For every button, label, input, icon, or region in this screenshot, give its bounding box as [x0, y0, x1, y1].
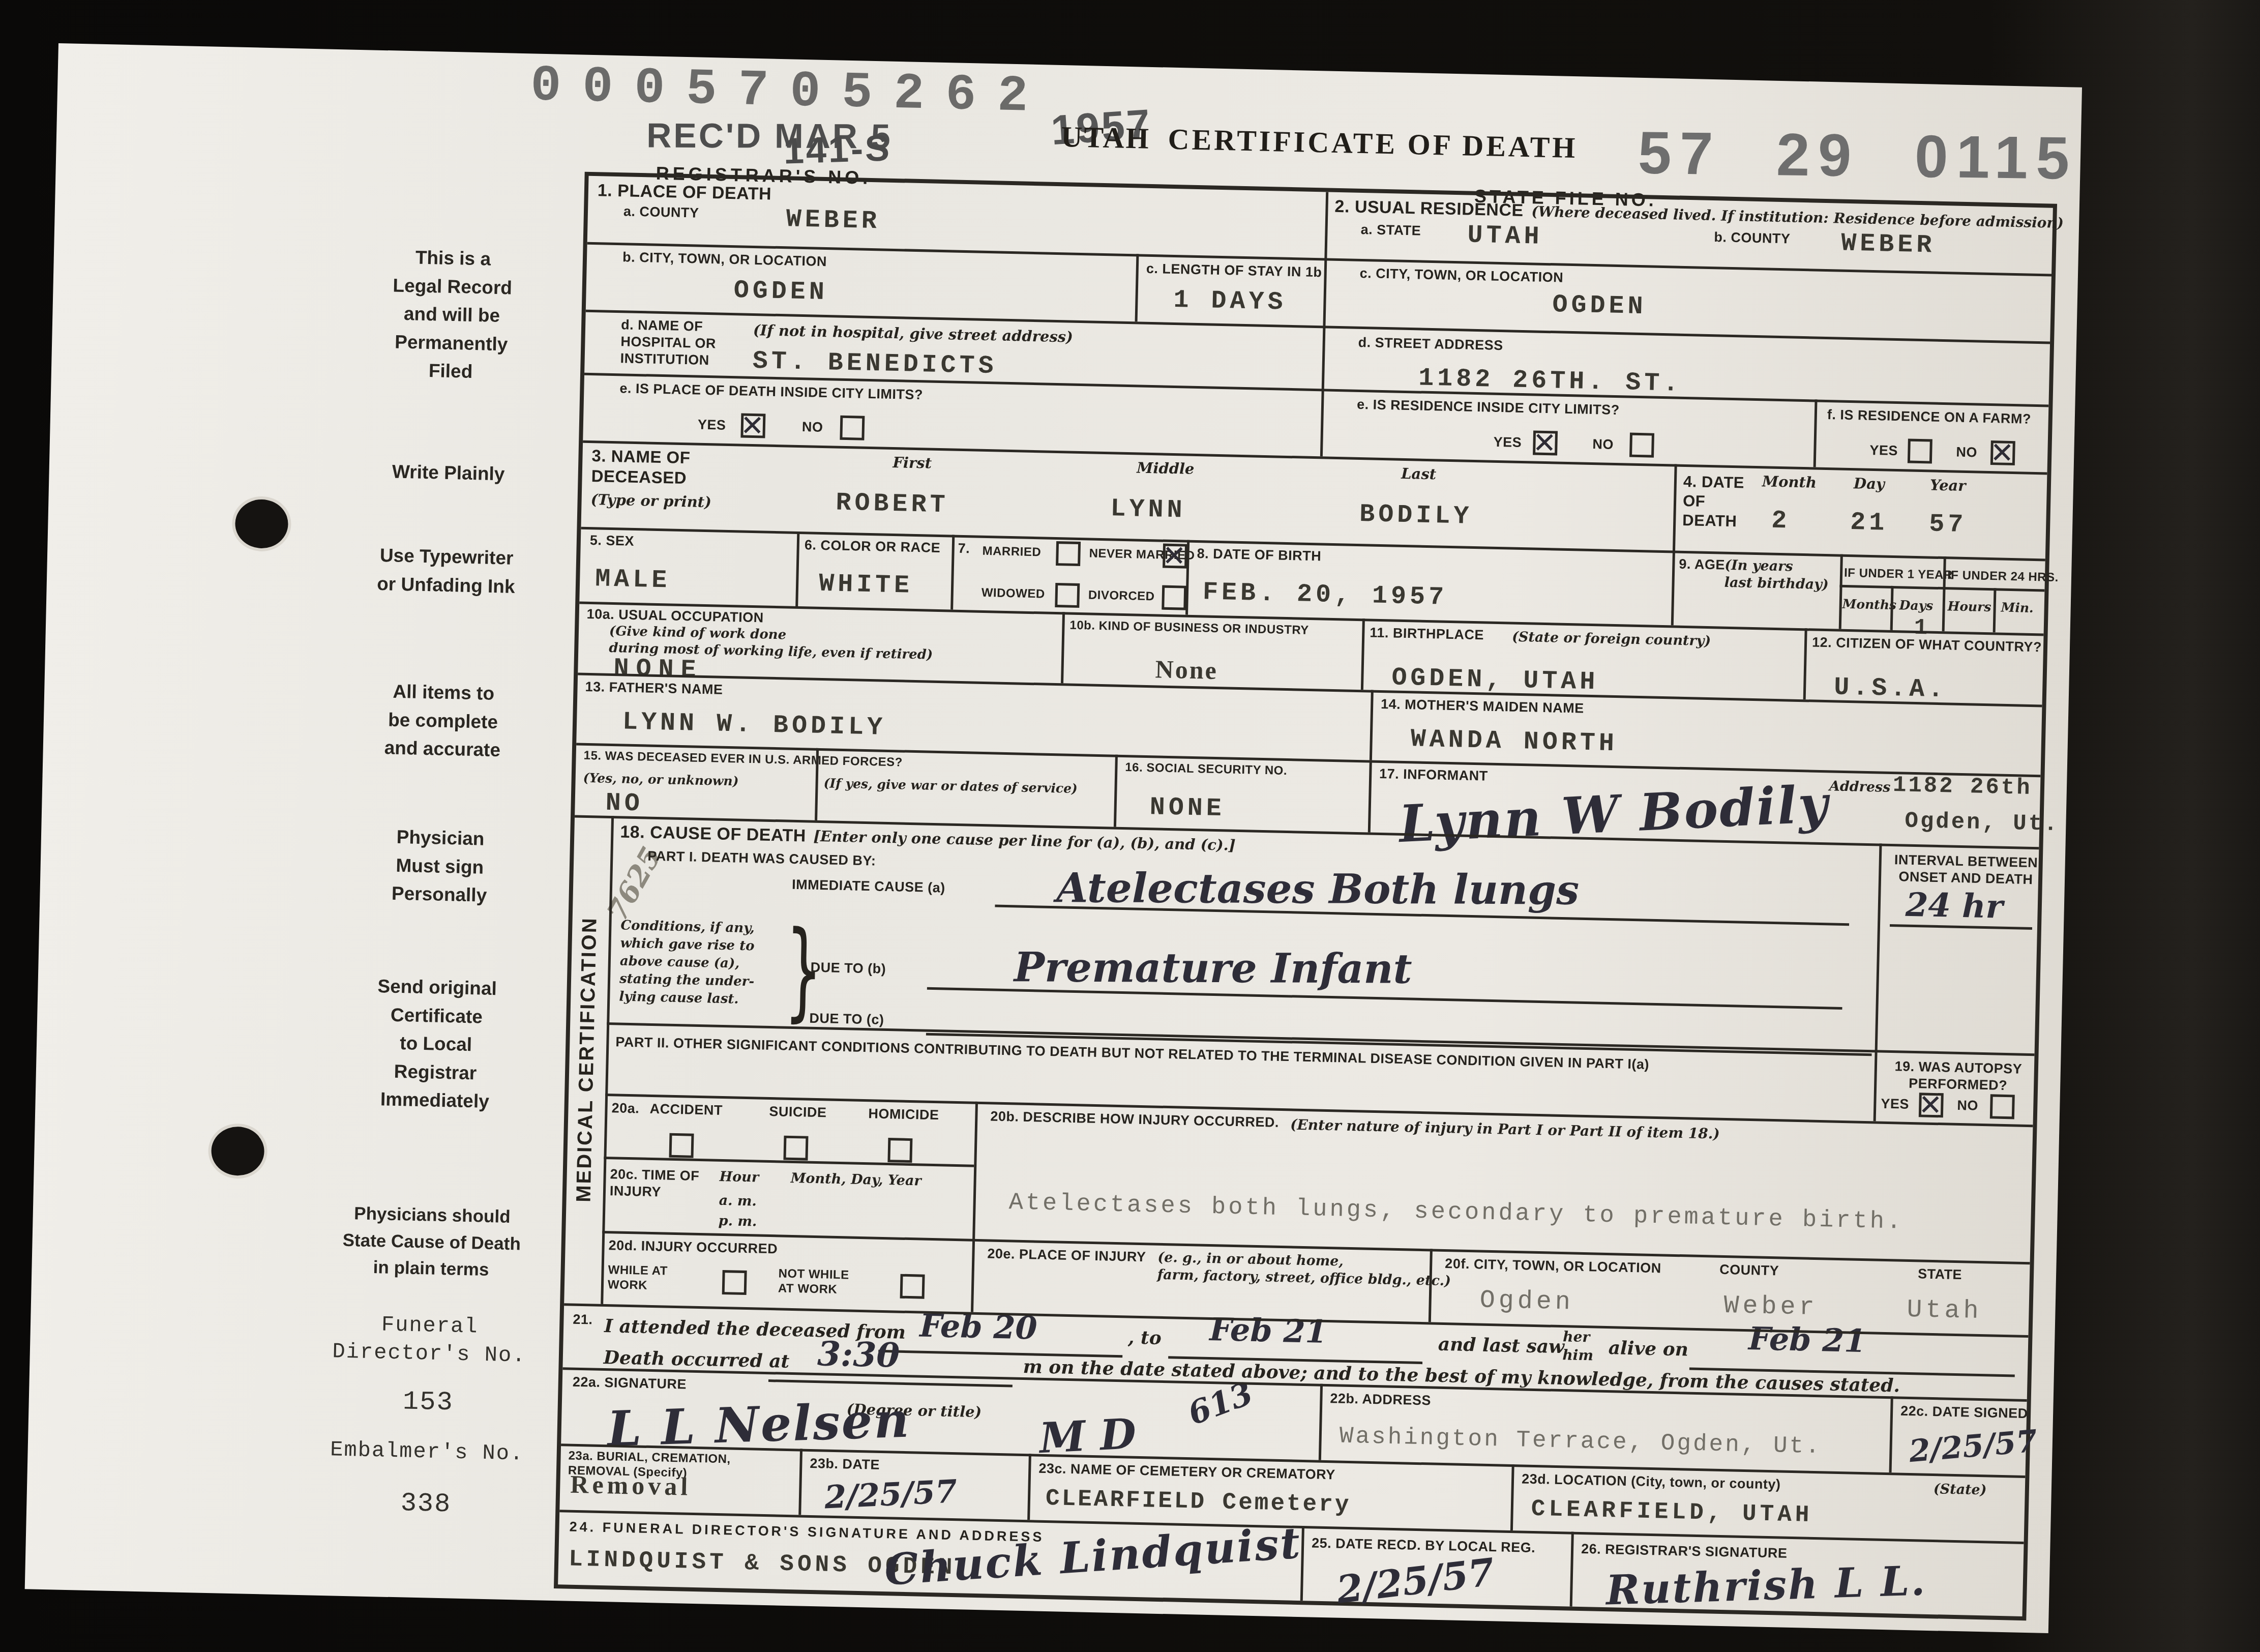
grid-line: [1510, 1464, 1514, 1530]
s22a-degree-value: M D: [1038, 1413, 1137, 1459]
s7-header: 7.: [958, 540, 970, 557]
funeral-directors-no-value: 153: [303, 1382, 553, 1422]
s10b-value: None: [1155, 655, 1218, 685]
s20a-homicide-checkbox: [887, 1138, 912, 1163]
s21-text3: and last saw: [1438, 1333, 1564, 1359]
s20f-county-label: COUNTY: [1719, 1261, 1779, 1279]
s13-header: 13. FATHER'S NAME: [585, 678, 723, 698]
s7-never-married-checkbox: [1163, 544, 1187, 569]
s1b-label: b. CITY, TOWN, OR LOCATION: [622, 249, 827, 270]
s2e-label: e. IS RESIDENCE INSIDE CITY LIMITS?: [1357, 396, 1620, 419]
s25-header: 25. DATE RECD. BY LOCAL REG.: [1312, 1535, 1536, 1556]
s15-value: NO: [605, 789, 643, 818]
s7-widowed-checkbox: [1055, 583, 1080, 608]
s2f-yes-label: YES: [1869, 442, 1898, 459]
s16-value: NONE: [1149, 793, 1225, 823]
s2f-label: f. IS RESIDENCE ON A FARM?: [1827, 406, 2032, 428]
s8-header: 8. DATE OF BIRTH: [1197, 545, 1321, 565]
grid-line: [1361, 618, 1365, 690]
s2-header: 2. USUAL RESIDENCE: [1334, 196, 1524, 222]
grid-line: [1671, 464, 1677, 626]
grid-line: [798, 1449, 802, 1515]
s1d-value: ST. BENEDICTS: [752, 347, 997, 380]
grid-line: [1114, 755, 1118, 827]
s2d-label: d. STREET ADDRESS: [1358, 334, 1503, 354]
grid-line: [1570, 1532, 1574, 1607]
s21-text2: , to: [1127, 1326, 1162, 1349]
s18-immediate-cause-label: IMMEDIATE CAUSE (a): [792, 876, 945, 897]
s26-header: 26. REGISTRAR'S SIGNATURE: [1581, 1541, 1788, 1562]
s20c-mdy-label: Month, Day, Year: [790, 1170, 921, 1190]
grid-line: [578, 673, 2042, 707]
grid-line: [1368, 760, 1372, 833]
s7-married-label: MARRIED: [982, 544, 1041, 560]
hole-punch-bottom: [211, 1126, 265, 1176]
s20a-header: 20a.: [611, 1100, 639, 1117]
grid-line: [1319, 1384, 1323, 1460]
s25-value: 2/25/57: [1334, 1553, 1496, 1609]
s17-header: 17. INFORMANT: [1379, 765, 1488, 785]
s20c-am-label: a. m.: [719, 1192, 757, 1210]
s2f-no-checkbox: [1990, 440, 2015, 465]
s11-hint: (State or foreign country): [1512, 629, 1711, 650]
s21-fill4: 3:30: [817, 1337, 900, 1372]
s19-no-checkbox: [1990, 1094, 2015, 1119]
margin-note-typewriter: Use Typewriter or Unfading Ink: [336, 540, 556, 601]
s2c-value: OGDEN: [1552, 291, 1647, 321]
margin-note-physician-sign: Physician Must sign Personally: [330, 821, 550, 911]
s5-value: MALE: [595, 565, 671, 595]
s14-value: WANDA NORTH: [1410, 725, 1618, 758]
s20d-notwhile-label: NOT WHILE AT WORK: [778, 1266, 849, 1297]
s20c-pm-label: p. m.: [718, 1213, 757, 1230]
s13-value: LYNN W. BODILY: [622, 709, 886, 742]
s14-header: 14. MOTHER'S MAIDEN NAME: [1381, 696, 1584, 717]
s22a-code-note: 613: [1184, 1377, 1257, 1430]
scanned-death-certificate: 0005705262 REC'D MAR 5 1957 REGISTRAR'S …: [0, 0, 2260, 1652]
s9-under1yr-label: IF UNDER 1 YEAR: [1844, 566, 1953, 583]
s1e-no-checkbox: [840, 416, 865, 440]
s23a-value: Removal: [570, 1470, 692, 1501]
s18-interval-value: 24 hr: [1905, 889, 2003, 924]
form-title-state: UTAH: [1061, 120, 1151, 155]
s23d-state-hint: (State): [1933, 1481, 1986, 1499]
s1e-label: e. IS PLACE OF DEATH INSIDE CITY LIMITS?: [619, 380, 923, 403]
s15-hint1: (Yes, no, or unknown): [583, 770, 738, 789]
s21-fill3: Feb 21: [1748, 1323, 1867, 1357]
s21-her-label: her: [1563, 1327, 1590, 1346]
grid-line: [1839, 585, 2044, 592]
s2a-label: a. STATE: [1360, 221, 1421, 240]
s18-cause-a-value: Atelectases Both lungs: [1056, 867, 1579, 910]
s7-widowed-label: WIDOWED: [982, 585, 1045, 602]
s20a-suicide-checkbox: [783, 1136, 808, 1161]
s1c-value: 1 DAYS: [1173, 286, 1287, 317]
s3-header: 3. NAME OF DECEASED: [591, 446, 691, 489]
s23c-header: 23c. NAME OF CEMETERY OR CREMATORY: [1038, 1460, 1335, 1484]
s23d-header: 23d. LOCATION (City, town, or county): [1522, 1470, 1781, 1493]
grid-line: [971, 1102, 978, 1312]
s9-under24-label: IF UNDER 24 HRS.: [1947, 568, 2059, 585]
s22c-header: 22c. DATE SIGNED: [1900, 1403, 2028, 1422]
s3-middle-value: LYNN: [1110, 495, 1186, 524]
s4-day-label: Day: [1854, 474, 1885, 493]
s23b-header: 23b. DATE: [810, 1455, 880, 1473]
s20f-state-label: STATE: [1918, 1265, 1962, 1283]
s21-him-label: him: [1562, 1346, 1593, 1364]
s22a-signature: L L Nelsen: [607, 1396, 911, 1454]
s21-text4: alive on: [1608, 1337, 1688, 1361]
s1c-label: c. LENGTH OF STAY IN 1b: [1146, 260, 1322, 281]
s23c-value: CLEARFIELD Cemetery: [1045, 1486, 1351, 1518]
s20a-homicide-label: HOMICIDE: [868, 1105, 939, 1124]
s8-value: FEB. 20, 1957: [1202, 578, 1447, 611]
s1e-yes-checkbox: [740, 413, 765, 438]
s9-months-label: Months: [1842, 596, 1896, 613]
s7-divorced-label: DIVORCED: [1088, 587, 1154, 604]
s1-header: 1. PLACE OF DEATH: [597, 180, 771, 205]
s1d-label: d. NAME OF HOSPITAL OR INSTITUTION: [620, 316, 717, 369]
s10b-header: 10b. KIND OF BUSINESS OR INDUSTRY: [1069, 618, 1309, 638]
s26-signature: Ruthrish L L.: [1605, 1560, 1927, 1610]
s9-header-hint: (In years last birthday): [1724, 557, 1841, 594]
grid-line: [950, 535, 955, 610]
margin-note-legal-record: This is a Legal Record and will be Perma…: [341, 242, 563, 388]
s2b-value: WEBER: [1841, 230, 1936, 260]
grid-line: [1889, 1396, 1893, 1472]
s1a-value: WEBER: [786, 205, 880, 235]
s20e-hint: (e. g., in or about home, farm, factory,…: [1157, 1249, 1451, 1290]
s1d-hint: (If not in hospital, give street address…: [753, 321, 1074, 346]
medical-certification-vertical-label: MEDICAL CERTIFICATION: [574, 917, 600, 1202]
s2f-yes-checkbox: [1908, 439, 1932, 464]
s20d-while-label: WHILE AT WORK: [608, 1262, 668, 1293]
s9-days-label: Days: [1899, 597, 1933, 614]
s2f-no-label: NO: [1956, 444, 1977, 461]
s3-hint: (Type or print): [590, 490, 711, 511]
s22c-value: 2/25/57: [1908, 1426, 2039, 1467]
serial-number-stamp: 0005705262: [530, 61, 1050, 123]
s17-address-label: Address: [1829, 778, 1891, 796]
grid-line: [1027, 1454, 1031, 1520]
grid-line: [1061, 612, 1065, 683]
certificate-form: MEDICAL CERTIFICATION 1. PLACE OF DEATH …: [554, 172, 2057, 1621]
s11-header: 11. BIRTHPLACE: [1370, 625, 1484, 644]
s9-header: 9. AGE: [1679, 556, 1725, 574]
s3-last-label: Last: [1401, 464, 1437, 484]
s20c-header: 20c. TIME OF INJURY: [610, 1166, 700, 1201]
margin-note-complete: All items to be complete and accurate: [333, 676, 553, 765]
s2e-yes-checkbox: [1533, 430, 1558, 455]
s20e-header: 20e. PLACE OF INJURY: [987, 1245, 1146, 1265]
s23d-value: CLEARFIELD, UTAH: [1531, 1496, 1813, 1528]
grid-line: [1803, 628, 1807, 699]
grid-line: [1813, 400, 1818, 467]
grid-line: [1320, 192, 1328, 456]
s3-first-value: ROBERT: [836, 489, 949, 520]
s20b-header: 20b. DESCRIBE HOW INJURY OCCURRED.: [990, 1108, 1279, 1131]
s4-day-value: 21: [1850, 509, 1888, 538]
grid-line: [1370, 690, 1374, 760]
s9-hours-label: Hours: [1947, 598, 1991, 615]
s17-address-line1: 1182 26th: [1892, 773, 2032, 801]
s20f-city-value: Ogden: [1479, 1287, 1574, 1317]
s18-conditions-note: Conditions, if any, which gave rise to a…: [619, 917, 756, 1009]
s15-hint2: (If yes, give war or dates of service): [823, 775, 1098, 797]
s5-header: 5. SEX: [590, 532, 635, 550]
s1e-no-label: NO: [802, 419, 823, 436]
embalmers-no-label: Embalmer's No.: [302, 1435, 552, 1468]
s6-header: 6. COLOR OR RACE: [804, 537, 940, 556]
grid-line: [1874, 843, 1882, 1121]
s20b-hint: (Enter nature of injury in Part I or Par…: [1290, 1115, 1720, 1142]
margin-note-write-plainly: Write Plainly: [339, 456, 558, 489]
s19-yes-checkbox: [1919, 1093, 1944, 1117]
s22b-value: Washington Terrace, Ogden, Ut.: [1339, 1424, 1822, 1460]
margin-note-plain-terms: Physicians should State Cause of Death i…: [321, 1200, 542, 1285]
s20d-header: 20d. INJURY OCCURRED: [608, 1237, 778, 1257]
s22b-header: 22b. ADDRESS: [1330, 1390, 1431, 1409]
s1e-yes-label: YES: [698, 417, 726, 434]
s3-middle-label: Middle: [1137, 458, 1195, 478]
s20a-accident-checkbox: [669, 1133, 694, 1158]
s2-header-hint: (Where deceased lived. If institution: R…: [1531, 202, 2064, 232]
s4-month-value: 2: [1771, 507, 1791, 536]
s18-due-c-label: DUE TO (c): [809, 1010, 884, 1028]
s21-header: 21.: [573, 1311, 593, 1329]
s19-header: 19. WAS AUTOPSY PERFORMED?: [1889, 1058, 2027, 1095]
s18-due-b-label: DUE TO (b): [810, 959, 886, 978]
s12-header: 12. CITIZEN OF WHAT COUNTRY?: [1812, 634, 2042, 656]
s2c-label: c. CITY, TOWN, OR LOCATION: [1359, 265, 1563, 286]
s18-header: 18. CAUSE OF DEATH: [620, 821, 806, 846]
s20d-while-checkbox: [722, 1270, 747, 1295]
form-title: UTAH CERTIFICATE OF DEATH: [1061, 122, 1578, 163]
s19-no-label: NO: [1957, 1097, 1978, 1114]
s20f-header: 20f. CITY, TOWN, OR LOCATION: [1445, 1255, 1661, 1277]
s3-first-label: First: [893, 453, 932, 473]
s6-value: WHITE: [819, 570, 913, 600]
s20b-value: Atelectases both lungs, secondary to pre…: [1008, 1190, 1904, 1235]
s2e-no-checkbox: [1629, 433, 1654, 458]
s20c-hour-label: Hour: [719, 1168, 759, 1186]
s7-married-checkbox: [1056, 541, 1081, 566]
funeral-directors-no-label: Funeral Director's No.: [304, 1309, 554, 1370]
s22a-header: 22a. SIGNATURE: [572, 1374, 687, 1393]
s7-divorced-checkbox: [1162, 585, 1186, 610]
s17-address-line2: Ogden, Ut.: [1905, 809, 2060, 837]
registrars-no-value: 141-S: [783, 130, 892, 169]
grid-line: [795, 532, 799, 606]
margin-note-send-original: Send original Certificate to Local Regis…: [325, 971, 547, 1117]
certificate-paper: 0005705262 REC'D MAR 5 1957 REGISTRAR'S …: [25, 43, 2082, 1633]
embalmers-no-value: 338: [301, 1484, 551, 1524]
s16-header: 16. SOCIAL SECURITY NO.: [1125, 760, 1287, 778]
hole-punch-top: [234, 499, 288, 549]
grid-line: [1135, 254, 1139, 321]
grid-line: [583, 440, 2047, 475]
s4-month-label: Month: [1762, 472, 1817, 492]
grid-line: [1993, 588, 1997, 632]
grid-line: [1890, 586, 1894, 630]
state-file-no-stamp: 57 29 0115: [1638, 123, 2078, 189]
s2a-value: UTAH: [1467, 222, 1543, 251]
s3-last-value: BODILY: [1359, 500, 1473, 531]
s2b-label: b. COUNTY: [1714, 229, 1791, 247]
s1b-value: OGDEN: [733, 277, 828, 307]
s9-min-label: Min.: [2001, 600, 2034, 616]
s20a-suicide-label: SUICIDE: [769, 1103, 827, 1121]
s12-value: U.S.A.: [1834, 673, 1947, 704]
s1a-label: a. COUNTY: [623, 203, 699, 221]
form-title-main: CERTIFICATE OF DEATH: [1168, 123, 1578, 165]
s23b-value: 2/25/57: [824, 1476, 958, 1513]
s19-yes-label: YES: [1881, 1096, 1909, 1113]
s4-year-label: Year: [1930, 476, 1966, 495]
s4-header: 4. DATE OF DEATH: [1682, 472, 1745, 531]
s2e-yes-label: YES: [1493, 434, 1522, 451]
s2e-no-label: NO: [1592, 436, 1614, 453]
s18-part1-label: PART I. DEATH WAS CAUSED BY:: [647, 848, 876, 870]
s20a-accident-label: ACCIDENT: [649, 1101, 723, 1119]
s4-year-value: 57: [1929, 510, 1967, 539]
